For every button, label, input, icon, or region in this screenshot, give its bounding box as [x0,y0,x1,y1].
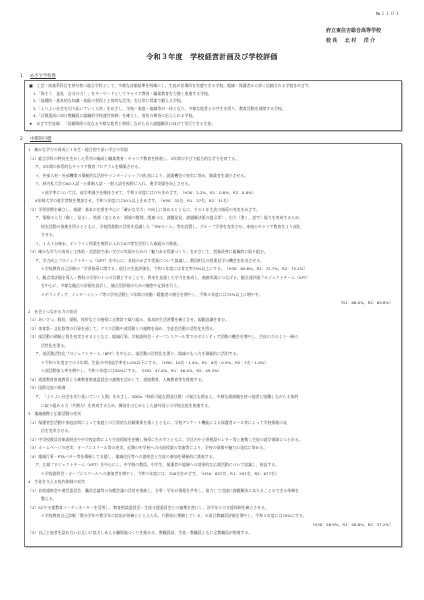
text-line: ＊部活動加入率を増やし、令和５年度には50%にする。（H30：47.0%、R1：… [41,368,395,373]
text-line: ＊学校説明会・オープンスクールへの参加者を増やし、令和５年度には、700名をめざ… [41,471,395,476]
text-line: イ、外部人材・外部機関の積極的な活用やインターンシップの拡充により、就業機会の充… [35,173,395,178]
text-line: （4）地域行事・PTAバザー等を積極して支援し、地域住民等への説明会と生徒の参加… [28,454,395,459]
text-line: （5）国際交流の推進 [28,385,395,390]
text-line: ア、部活動活性化プロジェクトチーム（BPT）を中心に、部活動の活性化を図り、地域… [35,351,395,356]
text-line: （2）SCや支援教育コーディネーターを活用し、教育相談委員会・生徒支援委員会との… [28,505,395,510]
text-line: 2 社会とつながる力の育成 [28,309,395,314]
text-line: ＊令和５年度までの３年間、生徒の中途退学率を1.0%以下にする。（H30：10名… [41,360,395,365]
text-line: 信を充実させる。 [41,428,395,433]
section-1-box: ■ 工芸・商業系科目を併せ持つ総合学科として、多様な評価基準を明確にし、生徒が居… [24,80,402,131]
text-line: 4.「目標達成に向け教職員に組織的学校運営体制」を確立し、府民の期待に応えられる… [33,113,399,118]
text-line: ア、学力向上プロジェクトチーム（GPT）を中心に、本校のめざす授業について協議し… [35,258,395,263]
text-line: ア、3年間の体系的なキャリア教育プログラムを構築させる。 [35,164,395,169]
text-line: （2）中学校教員対象説明会や中学校訪問により生徒情報を把握し指導に生かすとともに… [28,437,395,442]
school-name: 府立東住吉総合高等学校 [326,27,381,34]
text-line: ＊ボランティア、インターンシップ等の学外活動と３年間の皆勤・精勤者の割合を増やし… [41,292,395,297]
text-line: イ、観点別評価を導入・教科の学習の１つの目標とすることで、将来を見通した学力を育… [35,275,395,280]
text-line: 3 地域連携と広報活動の充実 [28,411,395,416]
text-line: （R1：68.0%、R2：69.8%） [28,300,393,305]
text-line: ア、情報の入力（聞く、見る）、処理（まとめる：情報の整理、関連づけ、課題発見、課… [35,215,395,220]
text-line: ★ めざす生徒像：「信頼関係の良なる多様な他者と関係しながら自ら課題解決に向けて… [29,121,395,126]
text-line: （3）ホームページの充実、オープンスクール等の充実、近隣の中学校への出前授業の実… [28,445,395,450]
text-line: ウ、府内私大学のAO入試・公募制入試・一般入試を視野に入れ、進学実績を向上させる… [35,181,395,186]
text-line: 1 確かな学力の育成と１年生・総合的で深い学びの実現 [28,147,395,152]
document-title: 令和３年度 学校経営計画及び学校評価 [0,52,424,62]
text-line: 4 生徒を支える校内体制の充実 [28,479,395,484]
section-1-heading: 1めざす学校像 [20,73,56,79]
text-line: ＊学校教育自己診断の「学習指導に関する」項目の生徒評価を、令和５年度には肯定率7… [41,266,395,271]
text-line: 4年制大学の進学者数を増加させ、令和５年度には50人以上をめざす。（H30：32… [35,198,395,203]
text-line: （2）体育祭・文化祭等の行事を通して、クラス活動や部活動との連携を深め、生徒会活… [28,326,395,331]
text-line: （4）道徳教育推進教員と人権教育推進委員会の連携を活かして、道徳教育、人権教育等… [28,377,395,382]
text-line: ア、広報プロジェクトチーム（KPT）を中心にし、中学校の教員、中学生、保護者や地… [35,462,395,467]
text-line: イ、１人１台端末、オンライン授業を視野に入れたICT等を活用した取組みの推進。 [35,241,395,246]
text-line: させる。 [41,232,395,237]
section-2-heading: 2中期的目標 [20,136,51,142]
document-number: №１１０１ [376,11,400,17]
text-line: （3）部活動の積極と質を充実させるとともに、地域行事、学校説明会・オープンスクー… [28,334,395,339]
section-number: 2 [20,137,30,142]
text-line: 2.「基礎的・基本的な知識・技能の習得と主体的な活用」を日常に授業で鍛える学校。 [33,98,399,103]
section-label: 中期的目標 [30,137,51,142]
text-line: （1）保護者会活動や家庭訪問によって家庭との日常的な信頼関係を築くとともに、学校… [28,420,395,425]
text-line: （H30：56.9%、R1：46.8%、R2：57.2%） [28,522,393,527]
text-line: （3）確かな学力の育成と主体的・対話的で深い学びの実現のための「魅力ある授業づく… [28,249,395,254]
text-line: （1）あいさつ、服装、頭髪、挨拶などの指導に全教員で取り組み、基本的生活習慣を確… [28,317,395,322]
section-2-box: 1 確かな学力の育成と１年生・総合的で深い学びの実現（1）総合学科の特長を生かし… [24,143,402,547]
document-page: №１１０１ 府立東住吉総合高等学校 校長 北村 洋介 令和３年度 学校経営計画及… [0,0,424,600]
text-line: を中心に、多様な観点の評価を設計し、観点別評価のための観察や記録を行う。 [41,283,395,288]
text-line: ＊学校教育自己診断「教分学年や教学年の状況が的確にとらえられ、行動的に理解してい… [41,513,395,518]
text-line: （2）学習習慣を確立し、基礎・基本の定着を中心に「確かな学力」の向上に努めるとと… [28,207,395,212]
text-line: ■ 工芸・商業系科目を併せ持つ総合学科として、多様な評価基準を明確にし、生徒が居… [29,83,395,88]
text-line: ＊退学率については、退学率減少を維持させて、令和５年度には０％をめざす。（H30… [41,190,395,195]
section-number: 1 [20,74,30,79]
text-line: に取り組める力（共創力）を育成するため、韓国をはじめとした諸外国との学校交流を推… [41,403,395,408]
text-line: （1）首席連絡会や運営委員会、職員会議等の各種会議の活用を推進し、分掌・学年が情… [28,488,395,493]
text-line: 探究活動の推進を図るとともに、学校図書館の活用を意識した「TRYルーム」等を設置… [41,224,395,229]
text-line: （3）自己と他者を認め合いお互いに協力しあえる職場風づくりを進める、教職員同、生… [28,530,395,535]
text-line: 3.「よりよい社会を切り拓いていく人材」をめざし、学校・家庭・地域等が一体となり… [33,106,399,111]
principal-name: 校長 北村 洋介 [326,37,376,44]
text-line: 1.「探そう 発見 自分の力！」をキーワードとしてキャリア教育・職業教育を力強く… [33,91,399,96]
text-line: 整える。 [41,496,395,501]
text-line: ア、「よりよい社会を切り拓いていく人間」をめざし、SDGs（持続可能な開発目標）… [35,394,395,399]
text-line: 活性化を図る。 [41,343,395,348]
section-label: めざす学校像 [30,74,56,79]
text-line: （1）総合学科の特長を生かした系列の編成と職業教育・キャリア教育を推進し、3年間… [28,156,395,161]
